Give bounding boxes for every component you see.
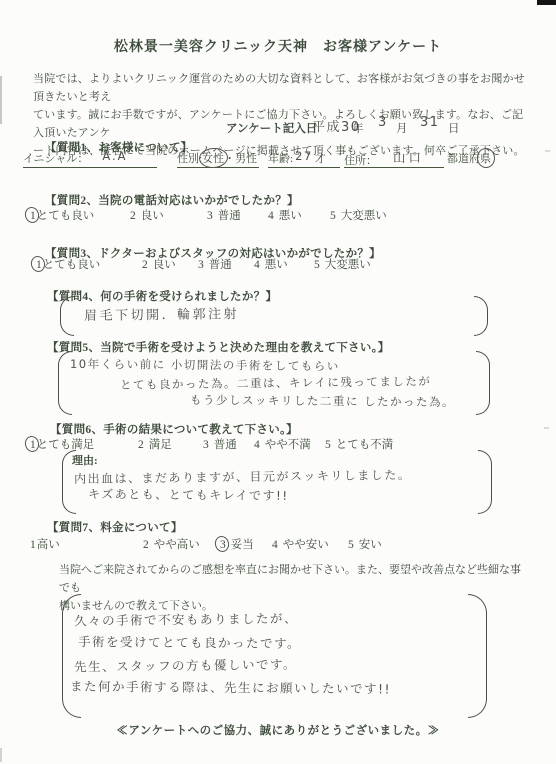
- q7-option-3-number: 3: [220, 539, 226, 551]
- date-day-handwritten: 31: [420, 115, 440, 130]
- q1-address-label: 住所：: [344, 155, 377, 167]
- scan-artifact-top-right: [537, 0, 556, 5]
- q2-option-2-number: 2: [130, 210, 136, 222]
- q1-gender-male: 男性: [235, 153, 257, 165]
- q5-answer-line-1: 10年くらい前に 小切開法の手術をしてもらい: [70, 356, 340, 374]
- q1-age-field: 年齢:27才: [268, 150, 340, 168]
- q2-option-4-label: 悪い: [279, 210, 302, 222]
- q6-reason-line-2: キズあとも、とてもキレイです!!: [88, 485, 289, 504]
- q3-option-4-number: 4: [254, 259, 260, 271]
- q1-initial-handwritten: A.A: [102, 149, 127, 163]
- q1-age-suffix: 才: [315, 153, 326, 165]
- q3-option-2: 2良い: [142, 256, 176, 272]
- q7-option-2-label: やや高い: [154, 539, 200, 551]
- q2-option-4: 4悪い: [268, 207, 302, 223]
- q4-answer-handwritten: 眉毛下切開．輪郭注射: [84, 303, 239, 324]
- q1-address-field: 住所：山口: [344, 150, 444, 168]
- q3-option-5-label: 大変悪い: [325, 259, 371, 271]
- scan-artifact-right-2: [544, 427, 549, 429]
- q3-option-3-label: 普通: [209, 259, 232, 271]
- q2-option-3-number: 3: [207, 210, 213, 222]
- q1-age-handwritten: 27: [295, 149, 313, 163]
- q7-option-1-number: 1: [30, 539, 36, 551]
- q6-option-3-label: 普通: [214, 439, 237, 451]
- q2-option-5-label: 大変悪い: [341, 210, 387, 222]
- date-year-suffix: 年: [352, 120, 364, 136]
- q1-initial-label: イニシャル：: [23, 153, 88, 165]
- q7-option-5: 5安い: [348, 536, 382, 552]
- q1-initial-field: イニシャル：A.A: [23, 150, 157, 168]
- q5-answer-line-2: とても良かった為。二重は、キレイに残ってましたが: [120, 373, 431, 393]
- q1-gender-field: 性別:女性・男性: [177, 150, 259, 168]
- q6-option-3: 3普通: [203, 436, 237, 452]
- q7-option-2: 2やや高い: [143, 536, 200, 552]
- comment-prompt: 当院へご来院されてからのご感想を率直にお聞かせ下さい。また、要望や改善点など些細…: [59, 561, 529, 615]
- q6-option-2: 2満足: [138, 436, 172, 452]
- q5-answer-bracket-right: [476, 351, 490, 415]
- comment-bracket-right: [468, 594, 487, 718]
- q7-option-1: 1高い: [30, 536, 60, 552]
- q7-option-1-label: 高い: [37, 539, 60, 551]
- q7-option-4-number: 4: [272, 539, 278, 551]
- q1-pref-circled-char: 県: [480, 150, 491, 166]
- q2-option-2: 2良い: [130, 207, 164, 223]
- q7-option-3: 3妥当: [220, 536, 254, 552]
- q6-option-2-number: 2: [138, 439, 144, 451]
- q4-answer-bracket-left: [60, 296, 74, 336]
- question-7-header: 【質問7、料金について】: [47, 519, 183, 535]
- q2-option-3-label: 普通: [218, 210, 241, 222]
- q7-option-3-label: 妥当: [231, 539, 254, 551]
- q3-option-1: 1とても良い: [36, 256, 100, 272]
- q1-gender-female: 女性: [202, 150, 224, 166]
- q2-option-1-label: とても良い: [37, 210, 95, 222]
- scan-artifact-bottom-left: [0, 748, 2, 762]
- date-month-suffix: 月: [396, 120, 408, 136]
- intro-line-1: 当院では、よりよいクリニック運営のための大切な資料として、お客様がお気づきの事を…: [33, 70, 529, 106]
- comment-prompt-line-1: 当院へご来院されてからのご感想を率直にお聞かせ下さい。また、要望や改善点など些細…: [59, 561, 529, 597]
- q6-option-4-number: 4: [254, 439, 260, 451]
- q6-option-5-label: とても不満: [336, 439, 394, 451]
- q2-option-5: 5大変悪い: [330, 207, 387, 223]
- q6-option-4-label: やや不満: [265, 439, 311, 451]
- q5-answer-line-3: もう少しスッキリした二重に したかった為。: [190, 392, 455, 410]
- survey-date-line: アンケート記入日 平成30 年 3 月 31 日: [0, 120, 556, 138]
- q6-option-5-number: 5: [325, 439, 331, 451]
- q1-age-label: 年齢:: [268, 153, 293, 165]
- q2-option-3: 3普通: [207, 207, 241, 223]
- q3-option-4: 4悪い: [254, 256, 288, 272]
- comment-line-4: また何か手術する際は、先生にお願いしたいです!!: [70, 677, 391, 698]
- question-3-options: 1とても良い 2良い 3普通 4悪い 5大変悪い: [0, 256, 556, 272]
- q3-option-3: 3普通: [198, 256, 232, 272]
- q4-answer-bracket-right: [474, 296, 488, 336]
- question-6-options: 1とても満足 2満足 3普通 4やや不満 5とても不満: [0, 436, 556, 452]
- comment-line-2: 手術を受けてとても良かったです。: [78, 632, 301, 652]
- scan-artifact-left-edge: [0, 76, 2, 124]
- q2-option-1-number: 1: [30, 210, 36, 222]
- q6-option-1-number: 1: [30, 439, 36, 451]
- q1-pref-prefix: 都道府: [447, 153, 480, 165]
- q6-option-5: 5とても不満: [325, 436, 393, 452]
- thanks-footer: ≪アンケートへのご協力、誠にありがとうございました。≫: [0, 722, 556, 738]
- question-6-header: 【質問6、手術の結果について教えて下さい。】: [50, 421, 298, 437]
- q7-option-2-number: 2: [143, 539, 149, 551]
- q3-option-4-label: 悪い: [265, 259, 288, 271]
- q2-option-4-number: 4: [268, 210, 274, 222]
- date-label: アンケート記入日: [226, 120, 317, 136]
- q7-option-4: 4やや安い: [272, 536, 329, 552]
- scan-artifact-right-1: [545, 150, 550, 152]
- q3-option-1-label: とても良い: [43, 259, 101, 271]
- date-day-suffix: 日: [448, 120, 460, 136]
- comment-line-3: 先生、スタッフの方も優しいです。: [74, 655, 297, 676]
- q3-option-2-label: 良い: [153, 259, 176, 271]
- q2-option-1: 1とても良い: [30, 207, 94, 223]
- q1-address-handwritten: 山口: [393, 150, 424, 165]
- q7-option-5-label: 安い: [359, 539, 382, 551]
- q7-option-4-label: やや安い: [283, 539, 329, 551]
- q6-reason-bracket-right: [478, 450, 492, 514]
- q6-option-1: 1とても満足: [30, 436, 94, 452]
- q2-option-2-label: 良い: [141, 210, 164, 222]
- question-7-options: 1高い 2やや高い 3妥当 4やや安い 5安い: [0, 536, 556, 552]
- q6-option-3-number: 3: [203, 439, 209, 451]
- q1-prefecture-suffix: 都道府県: [447, 150, 491, 166]
- date-month-handwritten: 3: [378, 115, 388, 130]
- q6-option-1-label: とても満足: [37, 439, 95, 451]
- q7-option-5-number: 5: [348, 539, 354, 551]
- q6-reason-line-1: 内出血は、まだありますが、目元がスッキリしました。: [74, 466, 412, 487]
- q6-reason-label: 理由:: [72, 452, 98, 468]
- q6-option-2-label: 満足: [149, 439, 172, 451]
- q3-option-5: 5大変悪い: [314, 256, 371, 272]
- survey-scan-page: 松林景一美容クリニック天神 お客様アンケート 当院では、よりよいクリニック運営の…: [0, 0, 556, 764]
- question-5-header: 【質問5、当院で手術を受けようと決めた理由を教えて下さい。】: [47, 339, 390, 355]
- comment-line-1: 久々の手術で不安もありましたが、: [74, 609, 298, 630]
- q3-option-2-number: 2: [142, 259, 148, 271]
- question-2-options: 1とても良い 2良い 3普通 4悪い 5大変悪い: [0, 207, 556, 223]
- q3-option-3-number: 3: [198, 259, 204, 271]
- page-title: 松林景一美容クリニック天神 お客様アンケート: [0, 36, 556, 56]
- q3-option-5-number: 5: [314, 259, 320, 271]
- question-4-header: 【質問4、何の手術を受けられましたか？】: [47, 288, 277, 304]
- q3-option-1-number: 1: [36, 259, 42, 271]
- q2-option-5-number: 5: [330, 210, 336, 222]
- question-2-header: 【質問2、当院の電話対応はいかがでしたか？】: [45, 192, 299, 208]
- q6-option-4: 4やや不満: [254, 436, 311, 452]
